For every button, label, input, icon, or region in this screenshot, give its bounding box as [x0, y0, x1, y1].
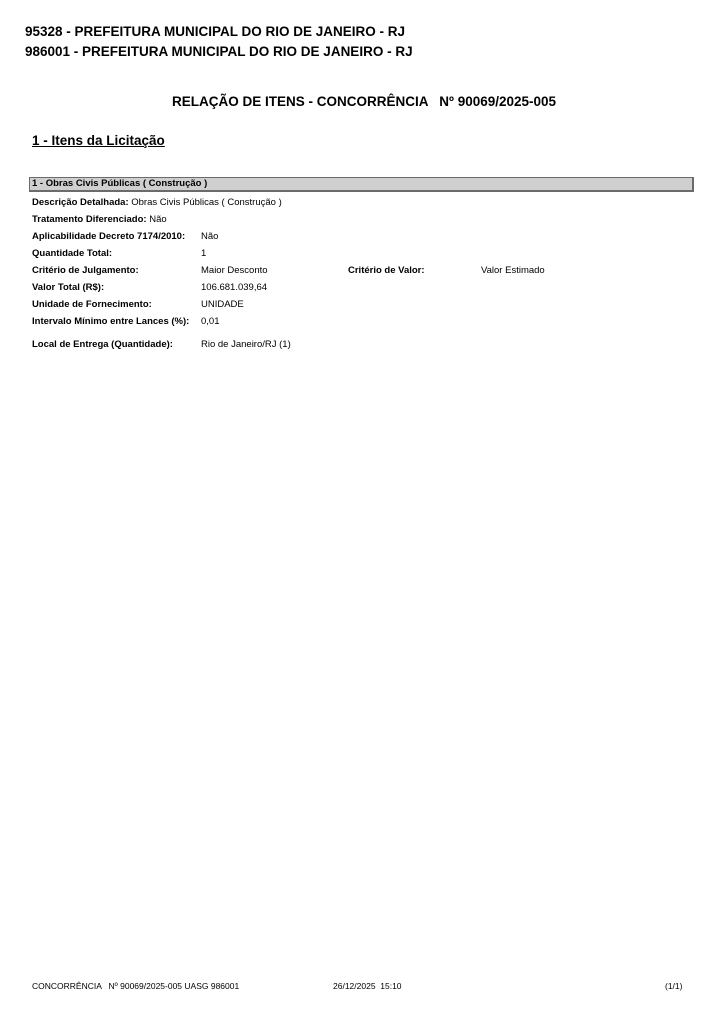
tratamento-value: Não [147, 214, 167, 225]
local-entrega-value: Rio de Janeiro/RJ (1) [201, 339, 291, 350]
criterio-valor-value: Valor Estimado [481, 265, 545, 276]
aplicabilidade-label: Aplicabilidade Decreto 7174/2010: [32, 231, 185, 242]
criterio-julgamento-value: Maior Desconto [201, 265, 268, 276]
quantidade-value: 1 [201, 248, 206, 259]
unidade-label: Unidade de Fornecimento: [32, 299, 152, 310]
valor-total-label: Valor Total (R$): [32, 282, 104, 293]
footer-document-ref: CONCORRÊNCIA Nº 90069/2025-005 UASG 9860… [32, 981, 239, 991]
intervalo-value: 0,01 [201, 316, 220, 327]
descricao-label: Descrição Detalhada: [32, 197, 129, 208]
criterio-julgamento-label: Critério de Julgamento: [32, 265, 139, 276]
criterio-valor-label: Critério de Valor: [348, 265, 425, 276]
org-line-2: 986001 - PREFEITURA MUNICIPAL DO RIO DE … [25, 44, 413, 59]
tratamento-label: Tratamento Diferenciado: [32, 214, 147, 225]
intervalo-label: Intervalo Mínimo entre Lances (%): [32, 316, 189, 327]
footer-page-number: (1/1) [665, 981, 682, 991]
document-title: RELAÇÃO DE ITENS - CONCORRÊNCIA Nº 90069… [172, 94, 556, 109]
local-entrega-label: Local de Entrega (Quantidade): [32, 339, 173, 350]
quantidade-label: Quantidade Total: [32, 248, 112, 259]
valor-total-value: 106.681.039,64 [201, 282, 267, 293]
section-heading: 1 - Itens da Licitação [32, 133, 165, 148]
descricao-value: Obras Civis Públicas ( Construção ) [129, 197, 282, 208]
aplicabilidade-value: Não [201, 231, 218, 242]
unidade-value: UNIDADE [201, 299, 244, 310]
tratamento-row: Tratamento Diferenciado: Não [32, 214, 167, 225]
org-line-1: 95328 - PREFEITURA MUNICIPAL DO RIO DE J… [25, 24, 405, 39]
descricao-row: Descrição Detalhada: Obras Civis Pública… [32, 197, 282, 208]
item-header-bar: 1 - Obras Civis Públicas ( Construção ) [29, 177, 694, 192]
footer-timestamp: 26/12/2025 15:10 [333, 981, 402, 991]
